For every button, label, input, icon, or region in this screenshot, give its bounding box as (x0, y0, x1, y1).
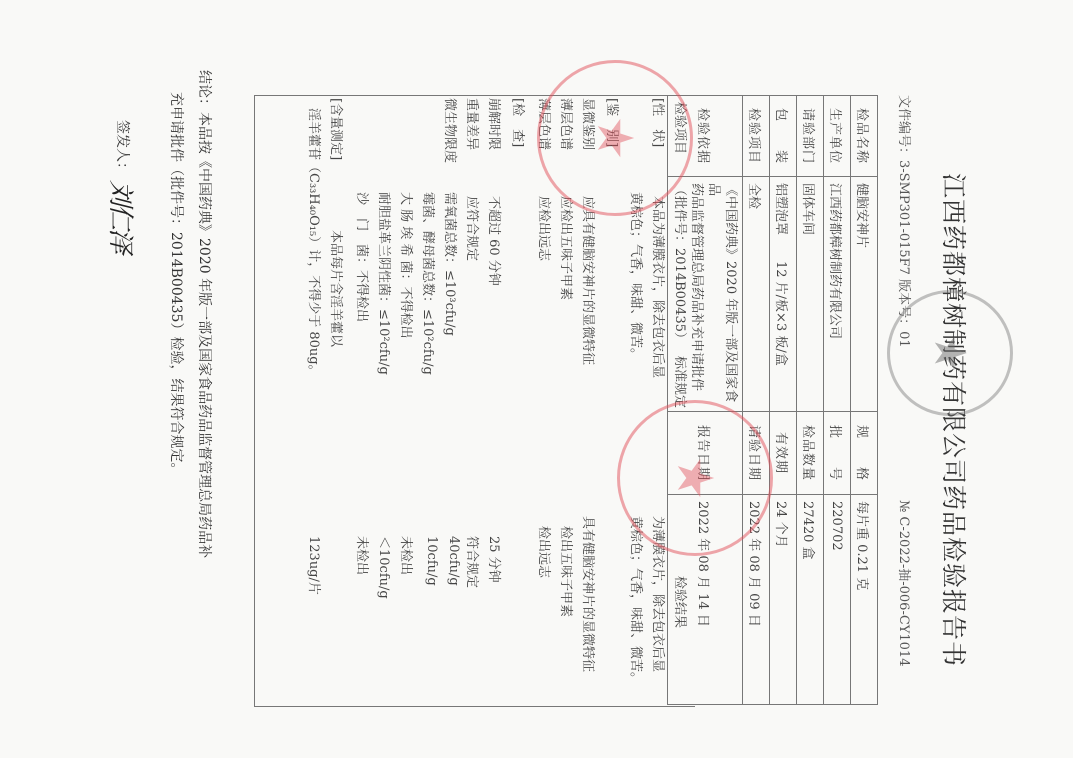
result-standard: 需氧菌总数：≤10³cfu/g (442, 192, 461, 336)
result-item: [鉴 别] (604, 98, 623, 147)
col-header-item: 检验项目 (672, 102, 691, 154)
result-value: 检出五味子甲素 (558, 526, 577, 617)
result-row: 淫羊藿苷（C₃₃H₄₀O₁₅）计，不得少于 80ug。123ug/片 (303, 96, 325, 706)
result-value: 未检出 (354, 536, 373, 575)
header-value: 220702 (824, 495, 851, 705)
header-label: 有效期 (770, 412, 797, 495)
header-table: 检品名称健脑安神片规 格每片重 0.21 克生产单位江西药都樟树制药有限公司批 … (667, 95, 878, 705)
result-item: 薄层色谱 (536, 98, 555, 150)
result-item: 重量差异 (464, 98, 483, 150)
result-row: 崩解时限不超过 60 分钟25 分钟 (483, 96, 505, 706)
result-standard: 应检出五味子甲素 (558, 196, 577, 300)
header-label: 请验日期 (743, 412, 770, 495)
col-header-result: 检验结果 (672, 576, 691, 628)
header-row: 生产单位江西药都樟树制药有限公司批 号220702 (824, 96, 851, 705)
conclusion-line-1: 结论：本品按《中国药典》2020 年版一部及国家食品药品监督管理总局药品补 (195, 70, 215, 558)
header-label: 检品名称 (851, 96, 878, 177)
basis-line-1: 《中国药典》2020 年版一部及国家食品 (705, 183, 739, 405)
result-standard: 沙 门 菌：不得检出 (354, 192, 373, 322)
result-standard: 应检出远志 (536, 196, 555, 261)
header-row: 检验项目全检请验日期2022 年 08 月 09 日 (743, 96, 770, 705)
result-value: ＜10cfu/g (376, 536, 395, 599)
result-standard: 霉菌、酵母菌总数：≤10²cfu/g (420, 192, 439, 375)
signature: 刘仁泽 (104, 180, 141, 252)
header-value: 健脑安神片 (851, 177, 878, 412)
header-row: 检品名称健脑安神片规 格每片重 0.21 克 (851, 96, 878, 705)
file-number: 文件编号：3-SMP301-015F7 版本号：01 (896, 95, 915, 348)
result-item: [性 状] (650, 98, 669, 147)
result-value: 123ug/片 (306, 536, 325, 595)
header-label: 包 装 (770, 96, 797, 177)
header-value: 2022 年 08 月 09 日 (743, 495, 770, 705)
header-value: 27420 盒 (797, 495, 824, 705)
result-value: 符合规定 (464, 536, 483, 588)
signer-label: 签发人： (113, 120, 133, 176)
results-table: 检验项目 标准规定 检验结果 [性 状]本品为薄膜衣片，除去包衣后显为薄膜衣片，… (254, 95, 695, 707)
result-standard: 大 肠 埃 希 菌：不得检出 (398, 192, 417, 339)
result-value: 为薄膜衣片，除去包衣后显 (650, 516, 669, 672)
header-label: 生产单位 (824, 96, 851, 177)
result-standard: 淫羊藿苷（C₃₃H₄₀O₁₅）计，不得少于 80ug。 (306, 108, 325, 378)
header-label: 批 号 (824, 412, 851, 495)
header-row: 请验部门固体车间检品数量27420 盒 (797, 96, 824, 705)
result-value: 黄棕色；气香，味甜、微苦。 (628, 516, 647, 685)
header-value: 全检 (743, 177, 770, 412)
result-row: 沙 门 菌：不得检出未检出 (351, 96, 373, 706)
result-standard: 本品为薄膜衣片，除去包衣后显 (650, 196, 669, 378)
result-standard: 不超过 60 分钟 (486, 196, 505, 286)
result-standard: 本品每片含淫羊藿以 (328, 230, 347, 347)
result-standard: 耐胆盐革兰阴性菌：≤10²cfu/g (376, 192, 395, 375)
result-standard: 黄棕色；气香，味甜、微苦。 (628, 192, 647, 361)
result-standard: 应具有健脑安神片的显微特征 (580, 196, 599, 365)
result-row: [性 状]本品为薄膜衣片，除去包衣后显为薄膜衣片，除去包衣后显 (647, 96, 669, 706)
result-row: 耐胆盐革兰阴性菌：≤10²cfu/g＜10cfu/g (373, 96, 395, 706)
result-item: 崩解时限 (486, 98, 505, 150)
header-value: 铝塑泡罩 12 片/板×3 板/盒 (770, 177, 797, 412)
result-item: 薄层色谱 (558, 98, 577, 150)
header-value: 每片重 0.21 克 (851, 495, 878, 705)
result-row: [检 查] (507, 96, 529, 706)
report-number: № C-2022-抽-006-CY1014 (896, 500, 915, 666)
result-row: 霉菌、酵母菌总数：≤10²cfu/g10cfu/g (417, 96, 439, 706)
header-label: 检验项目 (743, 96, 770, 177)
result-row: 重量差异应符合规定符合规定 (461, 96, 483, 706)
result-row: 显微鉴别应具有健脑安神片的显微特征具有健脑安神片的显微特征 (577, 96, 599, 706)
header-row: 包 装铝塑泡罩 12 片/板×3 板/盒有效期24 个月 (770, 96, 797, 705)
result-value: 10cfu/g (424, 536, 439, 586)
header-label: 规 格 (851, 412, 878, 495)
result-row: 薄层色谱应检出五味子甲素检出五味子甲素 (555, 96, 577, 706)
header-label: 请验部门 (797, 96, 824, 177)
result-standard: 应符合规定 (464, 196, 483, 261)
header-value: 24 个月 (770, 495, 797, 705)
report-title: 江西药都樟树制药有限公司药品检验报告书 (937, 150, 973, 690)
result-row: 黄棕色；气香，味甜、微苦。黄棕色；气香，味甜、微苦。 (625, 96, 647, 706)
result-item: [检 查] (510, 98, 529, 147)
result-row: 薄层色谱应检出远志检出远志 (533, 96, 555, 706)
result-value: 25 分钟 (486, 536, 505, 583)
result-row: 大 肠 埃 希 菌：不得检出未检出 (395, 96, 417, 706)
report-page: 江西药都樟树制药有限公司药品检验报告书 文件编号：3-SMP301-015F7 … (0, 0, 1073, 758)
result-row: [鉴 别] (601, 96, 623, 706)
result-item: 显微鉴别 (580, 98, 599, 150)
header-value: 固体车间 (797, 177, 824, 412)
result-value: 40cfu/g (446, 536, 461, 586)
result-value: 未检出 (398, 536, 417, 575)
result-item: [含量测定] (328, 98, 347, 160)
result-value: 检出远志 (536, 526, 555, 578)
result-item: 微生物限度 (442, 98, 461, 163)
result-row: 微生物限度需氧菌总数：≤10³cfu/g40cfu/g (439, 96, 461, 706)
result-value: 具有健脑安神片的显微特征 (580, 516, 599, 672)
col-header-standard: 标准规定 (672, 356, 691, 408)
result-row: [含量测定]本品每片含淫羊藿以 (325, 96, 347, 706)
header-value: 江西药都樟树制药有限公司 (824, 177, 851, 412)
header-label: 检品数量 (797, 412, 824, 495)
conclusion-line-2: 充申请批件（批件号：2014B00435）检验，结果符合规定。 (167, 92, 187, 476)
